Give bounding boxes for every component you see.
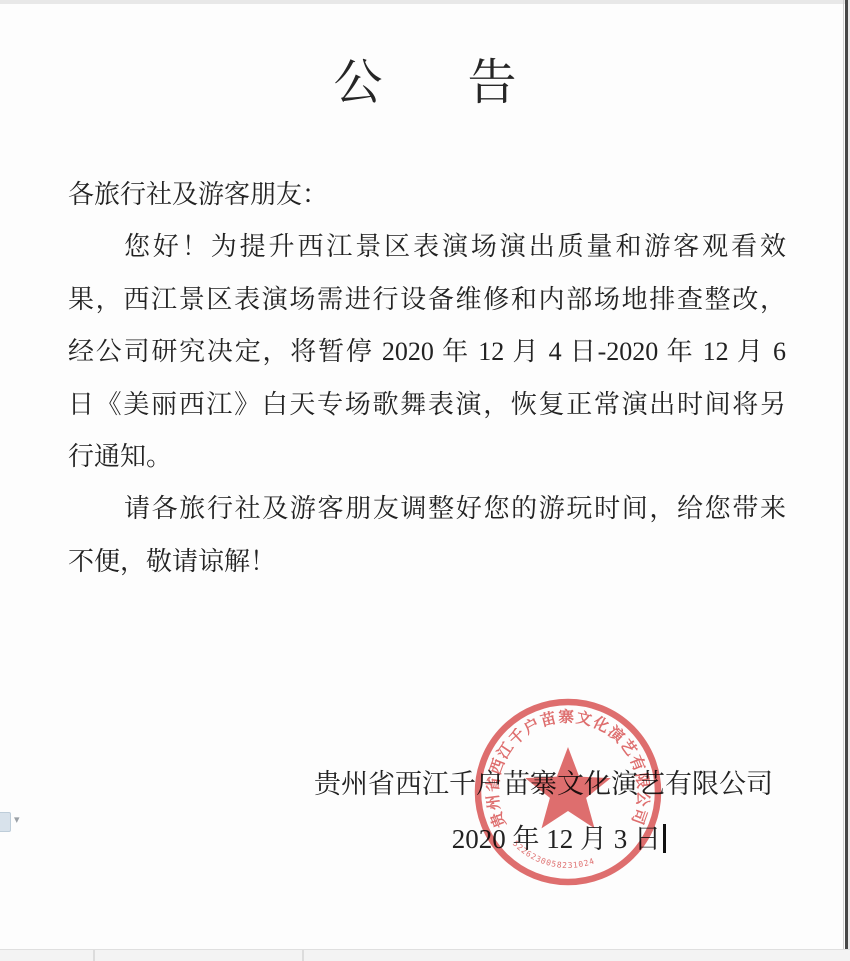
document-body: 各旅行社及游客朋友： 您好！为提升西江景区表演场演出质量和游客观看效 果，西江景… bbox=[68, 169, 786, 588]
bottom-bar-divider bbox=[93, 950, 95, 961]
signature-date-row: 2020 年 12 月 3 日 bbox=[0, 817, 850, 856]
text-cursor bbox=[663, 824, 666, 853]
body-line: 行通知。 bbox=[68, 431, 786, 483]
body-line: 您好！为提升西江景区表演场演出质量和游客观看效 bbox=[68, 221, 786, 273]
signature-date: 2020 年 12 月 3 日 bbox=[452, 824, 661, 854]
body-line: 日《美丽西江》白天专场歌舞表演，恢复正常演出时间将另 bbox=[68, 379, 786, 431]
body-line: 经公司研究决定，将暂停 2020 年 12 月 4 日-2020 年 12 月 … bbox=[68, 326, 786, 378]
bottom-bar-divider bbox=[302, 950, 304, 961]
page-title: 公 告 bbox=[0, 44, 850, 114]
window-top-bar bbox=[0, 0, 850, 4]
body-line: 请各旅行社及游客朋友调整好您的游玩时间，给您带来 bbox=[68, 483, 786, 535]
bottom-status-bar bbox=[0, 949, 850, 961]
signature-company-name: 贵州省西江千户苗寨文化演艺有限公司 bbox=[0, 762, 850, 801]
body-line: 不便，敬请谅解！ bbox=[68, 536, 786, 588]
body-line: 果，西江景区表演场需进行设备维修和内部场地排查整改， bbox=[68, 274, 786, 326]
body-line-greeting: 各旅行社及游客朋友： bbox=[68, 169, 786, 221]
